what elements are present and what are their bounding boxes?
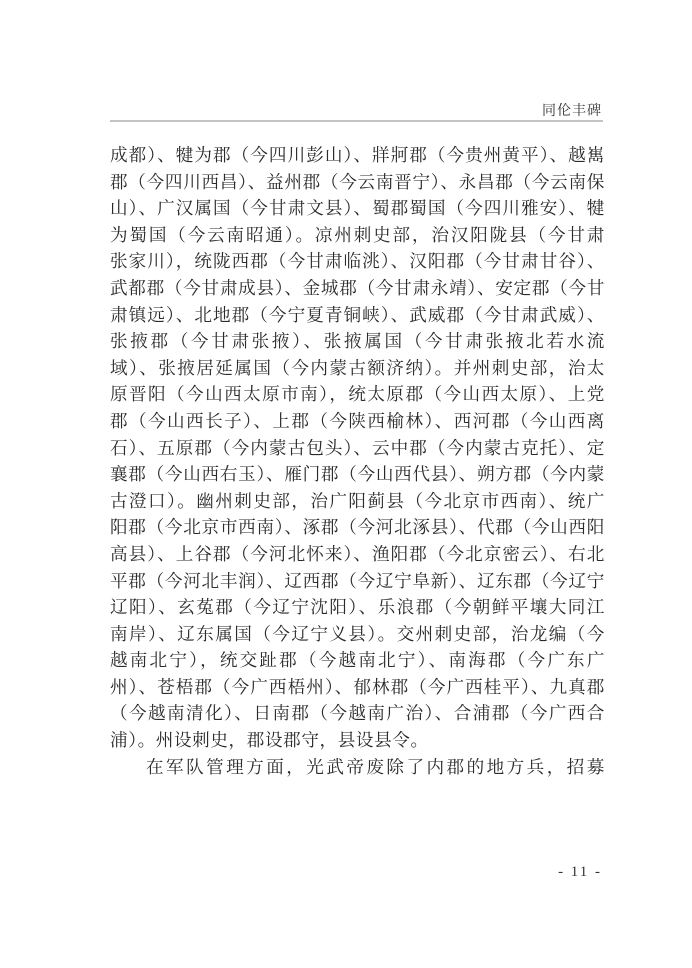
text-line: 南岸）、辽东属国（今辽宁义县）。交州刺史部，治龙编（今 [110, 622, 605, 649]
header-rule [110, 120, 603, 122]
document-page: 同伦丰碑 成都）、犍为郡（今四川彭山）、牂牁郡（今贵州黄平）、越嶲 郡（今四川西… [0, 0, 692, 968]
text-line: 高县）、上谷郡（今河北怀来）、渔阳郡（今北京密云）、右北 [110, 542, 605, 569]
text-line: 域）、张掖居延属国（今内蒙古额济纳）。并州刺史部，治太 [110, 356, 605, 383]
text-line: 成都）、犍为郡（今四川彭山）、牂牁郡（今贵州黄平）、越嶲 [110, 143, 605, 170]
text-line: 平郡（今河北丰润）、辽西郡（今辽宁阜新）、辽东郡（今辽宁 [110, 569, 605, 596]
text-line: 石）、五原郡（今内蒙古包头）、云中郡（今内蒙古克托）、定 [110, 436, 605, 463]
text-line: 肃镇远）、北地郡（今宁夏青铜峡）、武威郡（今甘肃武威）、 [110, 303, 605, 330]
text-line: 为蜀国（今云南昭通）。凉州刺史部，治汉阳陇县（今甘肃 [110, 223, 605, 250]
paragraph-start-line: 在军队管理方面，光武帝废除了内郡的地方兵，招募 [110, 755, 605, 782]
text-line: 辽阳）、玄菟郡（今辽宁沈阳）、乐浪郡（今朝鲜平壤大同江 [110, 595, 605, 622]
text-line: 原晋阳（今山西太原市南），统太原郡（今山西太原）、上党 [110, 382, 605, 409]
text-line: 襄郡（今山西右玉）、雁门郡（今山西代县）、朔方郡（今内蒙 [110, 462, 605, 489]
text-line: 州）、苍梧郡（今广西梧州）、郁林郡（今广西桂平）、九真郡 [110, 675, 605, 702]
text-line: 阳郡（今北京市西南）、涿郡（今河北涿县）、代郡（今山西阳 [110, 515, 605, 542]
paragraph-end-line: 浦）。州设刺史，郡设郡守，县设县令。 [110, 728, 605, 755]
page-number: - 11 - [558, 864, 602, 881]
text-line: （今越南清化）、日南郡（今越南广治）、合浦郡（今广西合 [110, 701, 605, 728]
text-line: 武都郡（今甘肃成县）、金城郡（今甘肃永靖）、安定郡（今甘 [110, 276, 605, 303]
text-line: 张家川），统陇西郡（今甘肃临洮）、汉阳郡（今甘肃甘谷）、 [110, 249, 605, 276]
text-line: 越南北宁），统交趾郡（今越南北宁）、南海郡（今广东广 [110, 648, 605, 675]
running-header-title: 同伦丰碑 [542, 100, 602, 120]
text-line: 郡（今山西长子）、上郡（今陕西榆林）、西河郡（今山西离 [110, 409, 605, 436]
text-line: 张掖郡（今甘肃张掖）、张掖属国（今甘肃张掖北若水流 [110, 329, 605, 356]
text-line: 郡（今四川西昌）、益州郡（今云南晋宁）、永昌郡（今云南保 [110, 170, 605, 197]
body-text: 成都）、犍为郡（今四川彭山）、牂牁郡（今贵州黄平）、越嶲 郡（今四川西昌）、益州… [110, 143, 605, 781]
text-line: 古澄口）。幽州刺史部，治广阳蓟县（今北京市西南）、统广 [110, 489, 605, 516]
text-line: 山）、广汉属国（今甘肃文县）、蜀郡蜀国（今四川雅安）、犍 [110, 196, 605, 223]
